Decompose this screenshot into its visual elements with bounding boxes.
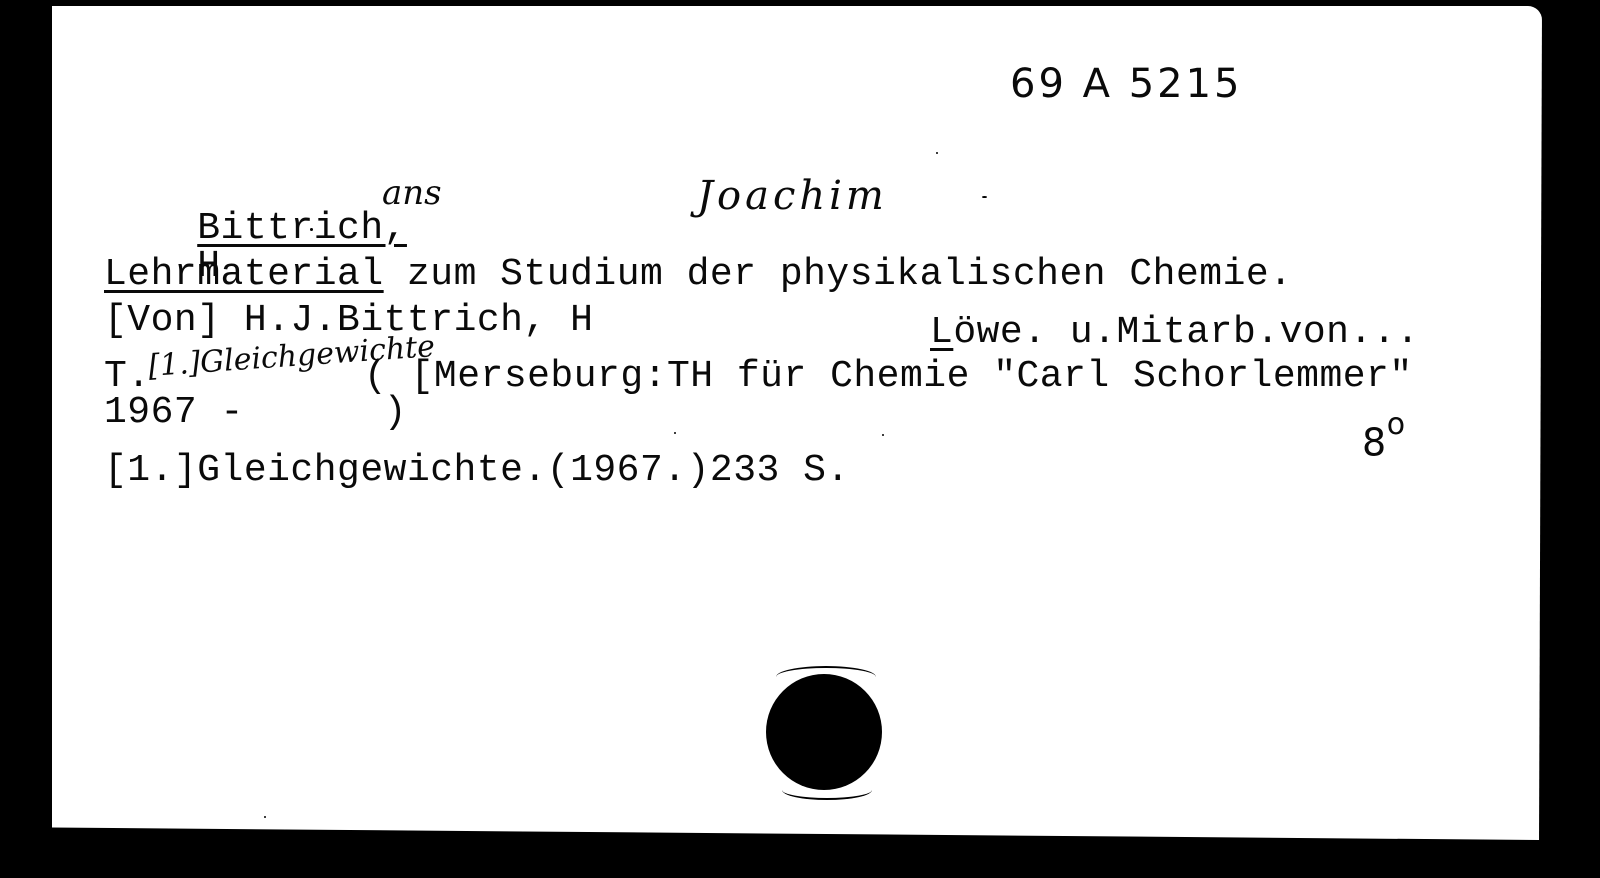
second-author: Löwe. u.Mitarb.von...: [930, 314, 1419, 352]
speck: [674, 432, 676, 434]
speck: [310, 228, 313, 231]
speck: [264, 816, 266, 818]
punch-hole: [766, 674, 882, 790]
format-size: 8o: [1362, 418, 1406, 462]
speck: [936, 152, 938, 154]
title-main: Lehrmaterial: [104, 253, 384, 296]
speck: [882, 434, 884, 436]
title-rest: zum Studium der physikalischen Chemie.: [384, 253, 1293, 296]
second-author-rest: öwe. u.Mitarb.von...: [953, 311, 1419, 354]
format-degree: o: [1387, 407, 1406, 442]
handwritten-given-name-1: ans: [382, 176, 442, 210]
second-author-initial: L: [930, 311, 953, 354]
catalog-card: 69 A 5215 Bittrich, H ans Joachim Lehrma…: [52, 6, 1542, 840]
author-surname: Bittrich,: [197, 207, 407, 250]
date-line: 1967 - ): [104, 394, 407, 432]
part-line: [1.]Gleichgewichte.(1967.)233 S.: [104, 452, 850, 490]
title-line: Lehrmaterial zum Studium der physikalisc…: [104, 256, 1293, 294]
format-number: 8: [1362, 421, 1387, 465]
call-number: 69 A 5215: [1010, 64, 1243, 104]
handwritten-given-name-2: Joachim: [697, 176, 888, 216]
bracket-von: [Von]: [104, 299, 221, 342]
speck: [982, 196, 987, 198]
imprint: ( [Merseburg:TH für Chemie "Carl Schorle…: [364, 358, 1413, 396]
punch-hole-rim-bottom: [782, 780, 872, 800]
